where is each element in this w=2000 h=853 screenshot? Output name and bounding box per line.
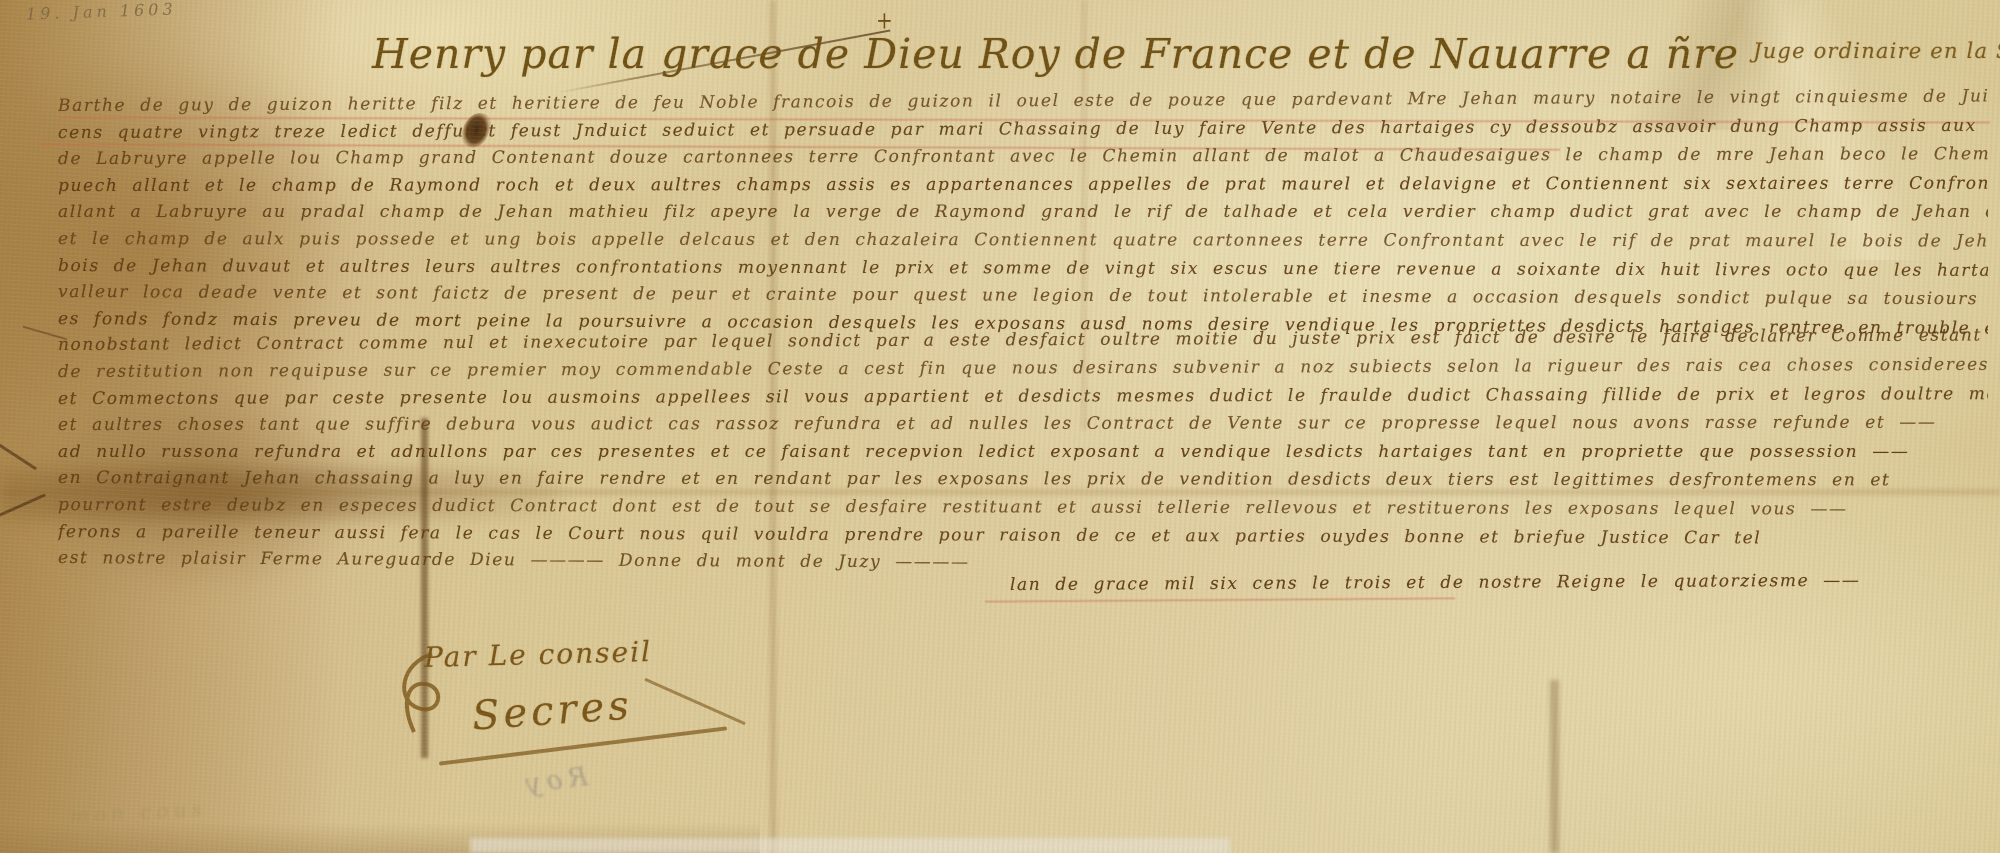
manuscript-line: ad nullo russona refundra et adnullons p… <box>58 442 1988 467</box>
manuscript-line: pourront estre deubz en especes dudict C… <box>58 495 1988 525</box>
manuscript-line: puech allant et le champ de Raymond roch… <box>58 173 1988 200</box>
manuscript-line: de Labruyre appelle lou Champ grand Cont… <box>58 144 1988 174</box>
manuscript-line: cens quatre vingtz treze ledict deffunct… <box>58 115 1988 147</box>
manuscript-line: lan de grace mil six cens le trois et de… <box>1010 570 1990 600</box>
countersign-formula: Par Le conseil <box>424 635 653 674</box>
manuscript-line: et aultres choses tant que suffire debur… <box>58 413 1988 440</box>
manuscript-line: allant a Labruyre au pradal champ de Jeh… <box>58 202 1988 227</box>
manuscript-line: et le champ de aulx puis possede et ung … <box>58 229 1988 256</box>
manuscript-line: de restitution non requipuse sur ce prem… <box>58 355 1988 387</box>
manuscript-line: bois de Jehan duvaut et aultres leurs au… <box>58 256 1988 286</box>
parchment-scan: 19. Jan 1603 + Henry par la grace de Die… <box>0 0 2000 853</box>
manuscript-line: Barthe de guy de guizon heritte filz et … <box>58 86 1988 121</box>
manuscript-line: en Contraignant Jehan chassaing a luy en… <box>58 468 1988 495</box>
manuscript-body: Barthe de guy de guizon heritte filz et … <box>0 0 2000 853</box>
manuscript-line: et Commectons que par ceste presente lou… <box>58 384 1988 414</box>
